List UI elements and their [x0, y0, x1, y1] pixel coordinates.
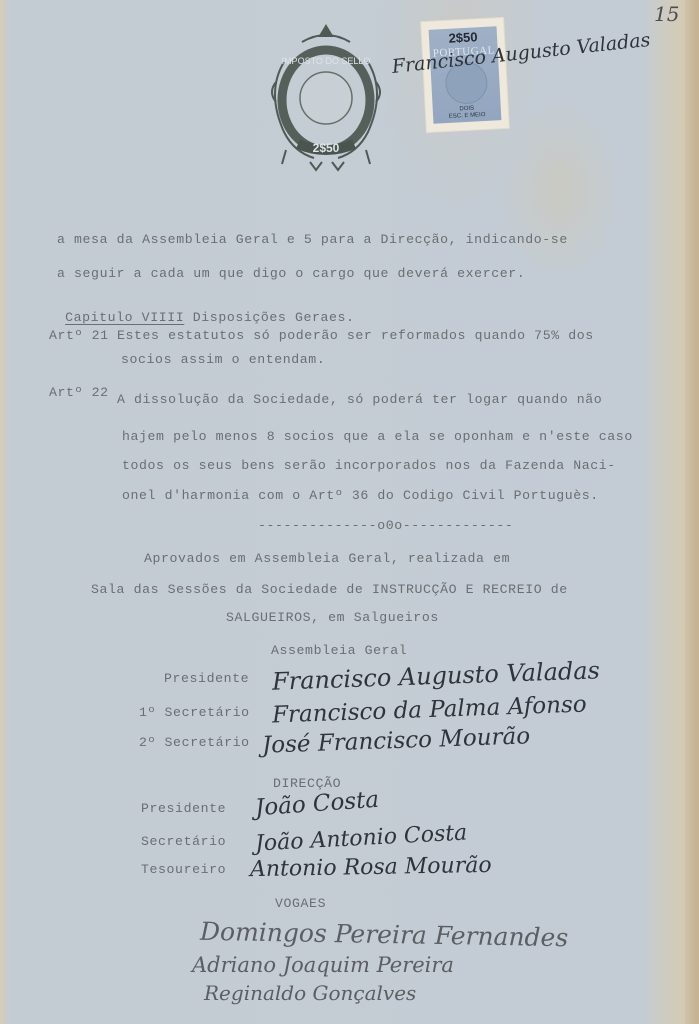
role-label: Presidente: [164, 671, 249, 686]
article-22-label: Artº 22: [49, 385, 109, 400]
role-label: 2º Secretário: [139, 735, 250, 750]
seal-icon: IMPOSTO DO SELLO 2$50: [262, 22, 390, 172]
approval-line: Sala das Sessões da Sociedade de INSTRUC…: [91, 582, 568, 597]
article-21-label: Artº 21: [49, 328, 109, 343]
role-label: Tesoureiro: [141, 862, 226, 877]
article-22-line: hajem pelo menos 8 socios que a ela se o…: [122, 429, 633, 444]
page-edge: [685, 0, 699, 1024]
chapter-label: Capitulo VIIII: [65, 310, 184, 325]
handwritten-signature: João Costa: [254, 787, 380, 822]
body-line: a seguir a cada um que digo o cargo que …: [57, 266, 525, 281]
role-label: 1º Secretário: [139, 705, 250, 720]
role-label: Secretário: [141, 834, 226, 849]
stamp-denomination-words: DOIS ESC. E MEIO: [433, 104, 502, 122]
handwritten-signature: Antonio Rosa Mourão: [250, 853, 492, 882]
handwritten-signature: Francisco Augusto Valadas: [272, 656, 601, 695]
assembleia-heading: Assembleia Geral: [271, 643, 407, 658]
handwritten-signature: João Antonio Costa: [254, 820, 467, 856]
approval-line: SALGUEIROS, em Salgueiros: [226, 610, 439, 625]
article-21-line: Estes estatutos só poderão ser reformado…: [117, 328, 594, 343]
article-21-line: socios assim o entendam.: [121, 352, 325, 367]
seal-ring-text: IMPOSTO DO SELLO: [282, 56, 371, 66]
pencil-signature: Adriano Joaquim Pereira: [192, 953, 454, 977]
article-22-line: A dissolução da Sociedade, só poderá ter…: [117, 392, 602, 407]
body-line: a mesa da Assembleia Geral e 5 para a Di…: [57, 232, 568, 247]
tax-seal-emblem: IMPOSTO DO SELLO 2$50: [262, 22, 390, 172]
pencil-signature: Reginaldo Gonçalves: [204, 981, 416, 1005]
approval-line: Aprovados em Assembleia Geral, realizada…: [144, 551, 510, 566]
direccao-heading: DIRECÇÃO: [273, 776, 341, 791]
svg-text:2$50: 2$50: [313, 141, 340, 155]
fiscal-stamp: 2$50 PORTUGAL DOIS ESC. E MEIO: [421, 18, 509, 132]
section-separator: --------------o0o-------------: [258, 518, 513, 533]
handwritten-signature: José Francisco Mourão: [262, 723, 531, 758]
role-label: Presidente: [141, 801, 226, 816]
document-page: 15 IMPOSTO DO SELLO 2$50: [0, 0, 699, 1024]
vogaes-heading: VOGAES: [275, 896, 326, 911]
handwritten-signature: Francisco da Palma Afonso: [272, 692, 587, 729]
article-22-line: onel d'harmonia com o Artº 36 do Codigo …: [122, 488, 599, 503]
chapter-title: Disposições Geraes.: [193, 310, 355, 325]
page-number: 15: [654, 2, 679, 26]
pencil-signature: Domingos Pereira Fernandes: [200, 917, 569, 952]
article-22-line: todos os seus bens serão incorporados no…: [122, 458, 616, 473]
